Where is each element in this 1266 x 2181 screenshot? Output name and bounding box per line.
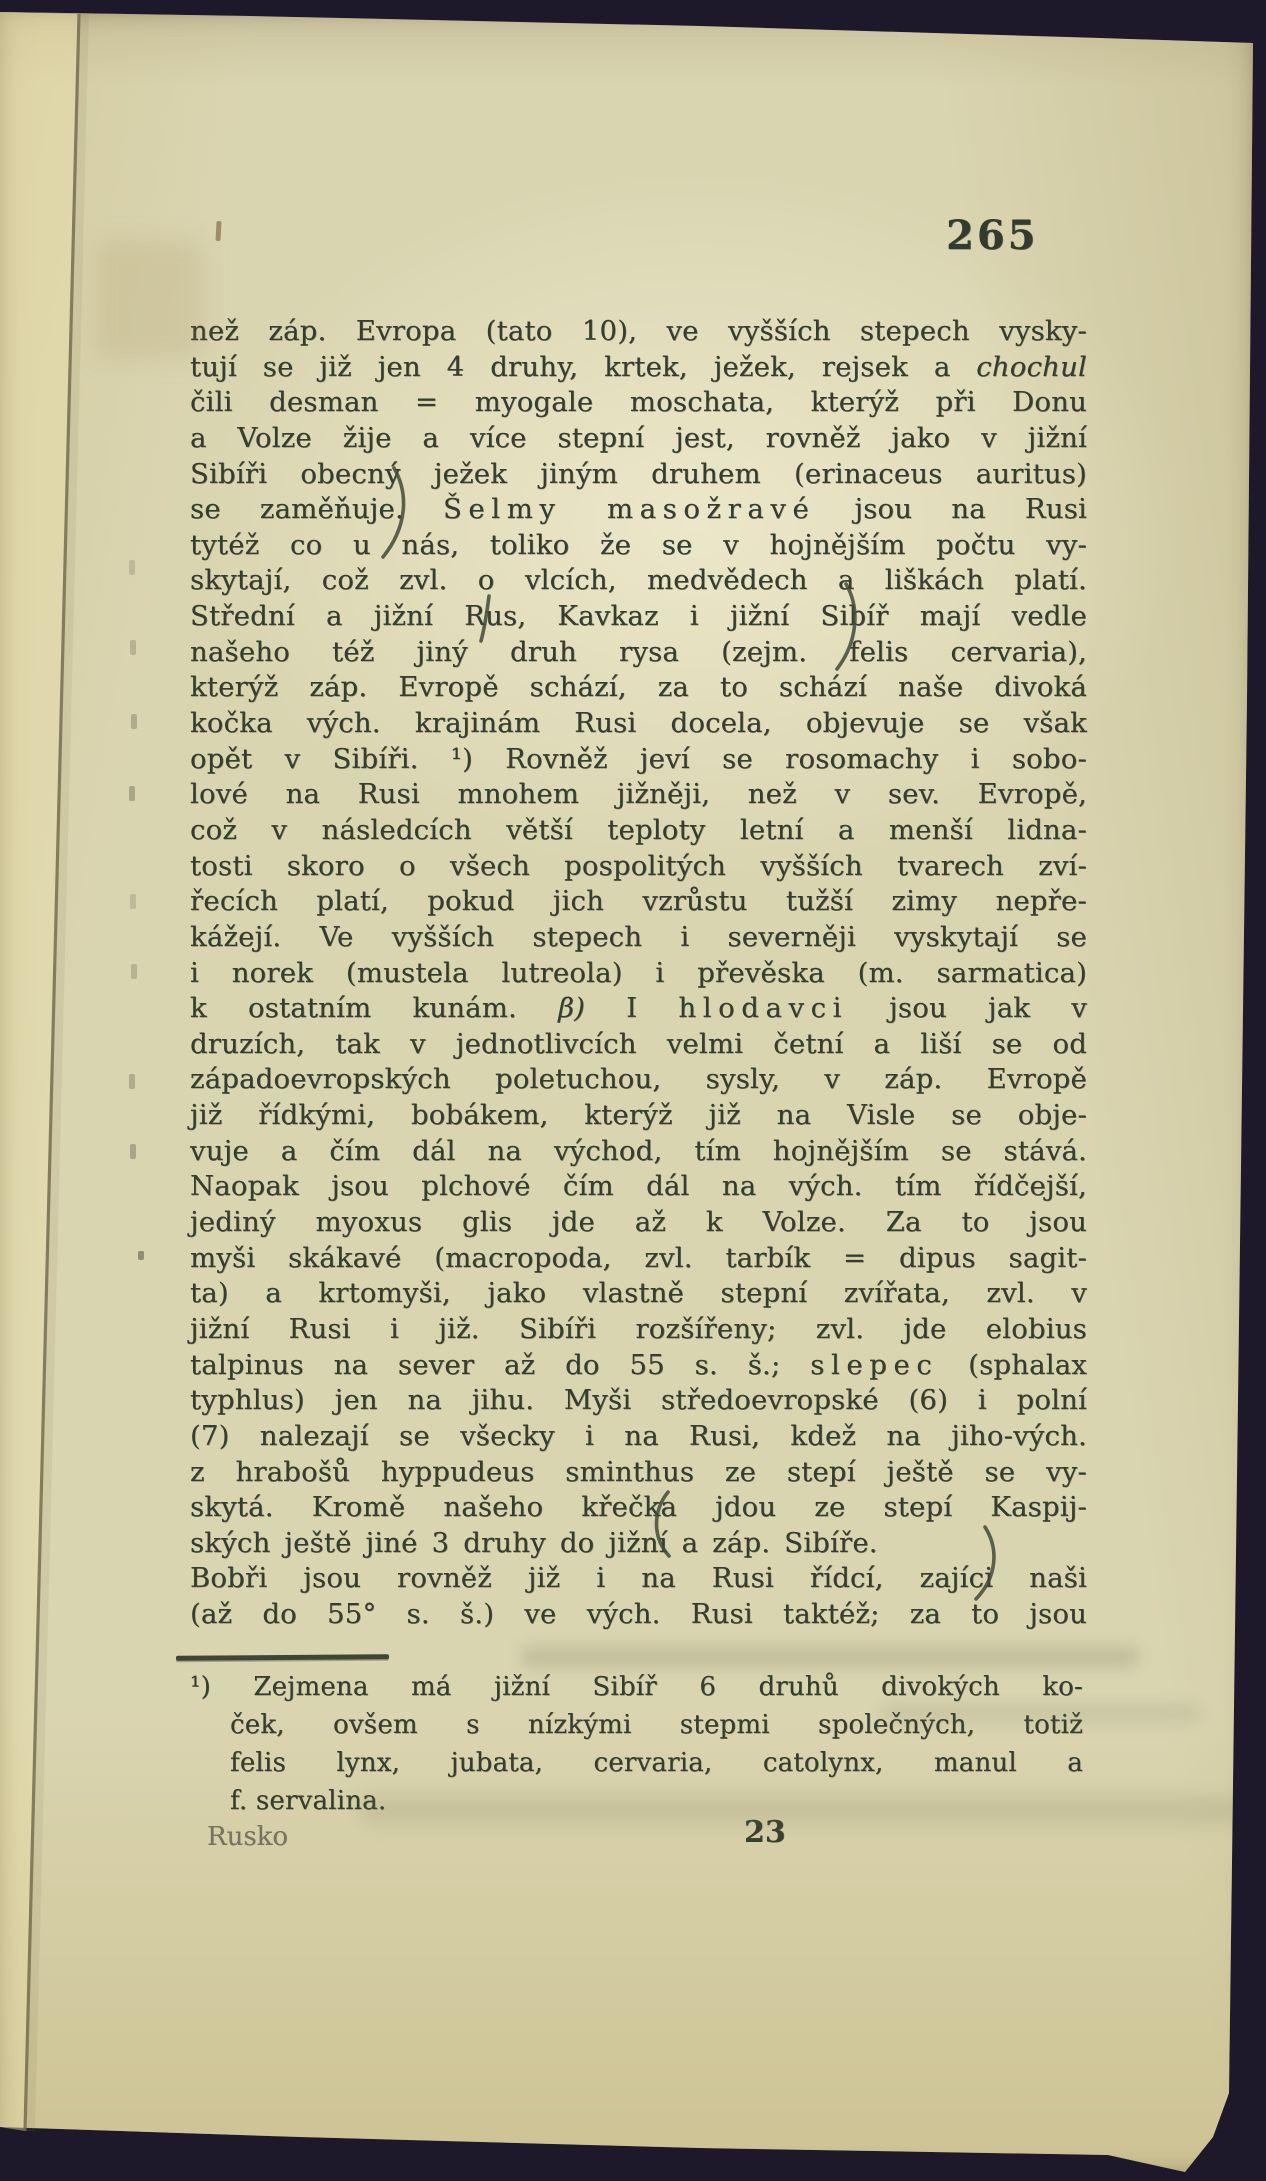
main-text-line: se zaměňuje. Šelmy masožravé jsou na Rus…: [190, 492, 1087, 528]
text-segment: (až do 55° s. š.) ve vých. Rusi taktéž; …: [190, 1598, 1087, 1630]
text-segment: ¹) Zejmena má jižní Sibíř 6 druhů divoký…: [190, 1672, 1083, 1702]
stain: [95, 240, 205, 360]
main-text-line: kočka vých. krajinám Rusi docela, objevu…: [190, 706, 1087, 742]
book-scan: 265 než záp. Evropa (tato 10), ve vyššíc…: [0, 0, 1266, 2181]
text-segment: řecích platí, pokud jich vzrůstu tužší z…: [190, 885, 1087, 917]
text-segment: západoevropských poletuchou, sysly, v zá…: [190, 1063, 1087, 1095]
text-segment: tosti skoro o všech pospolitých vyšších …: [190, 850, 1087, 882]
setoff-dash: [129, 786, 135, 801]
text-segment: i norek (mustela lutreola) i převěska (m…: [190, 957, 1087, 989]
main-text-line: lové na Rusi mnohem jižněji, než v sev. …: [190, 777, 1087, 813]
main-text-line: vuje a čím dál na východ, tím hojnějším …: [190, 1134, 1087, 1170]
text-segment: a Volze žije a více stepní jest, rovněž …: [190, 422, 1087, 454]
text-segment: čili desman = myogale moschata, kterýž p…: [190, 386, 1087, 418]
main-text-line: Střední a jižní Rus, Kavkaz i jižní Sibí…: [190, 599, 1087, 635]
main-text-line: a Volze žije a více stepní jest, rovněž …: [190, 421, 1087, 457]
text-segment: k ostatním kunám.: [190, 992, 558, 1024]
main-text-line: talpinus na sever až do 55 s. š.; slepec…: [190, 1348, 1087, 1384]
stain: [520, 1645, 1140, 1669]
main-text-line: skytají, což zvl. o vlcích, medvědech a …: [190, 563, 1087, 599]
sheet-number: 23: [744, 1815, 786, 1850]
main-text-line: řecích platí, pokud jich vzrůstu tužší z…: [190, 884, 1087, 920]
text-segment: což v následcích větší teploty letní a m…: [190, 814, 1087, 846]
main-text-line: skytá. Kromě našeho křečka jdou ze stepí…: [190, 1490, 1087, 1526]
text-segment: (7) nalezají se všecky i na Rusi, kdež n…: [190, 1420, 1087, 1452]
text-segment: již řídkými, bobákem, kterýž již na Visl…: [190, 1099, 1087, 1131]
main-text-line: k ostatním kunám. β) I hlodavci jsou jak…: [190, 991, 1087, 1027]
setoff-dash: [129, 1074, 135, 1089]
text-segment: skytá. Kromě našeho křečka jdou ze stepí…: [190, 1491, 1087, 1523]
setoff-dash: [131, 714, 137, 729]
text-segment: chochul: [976, 351, 1087, 383]
footnote-divider-rule: [176, 1654, 389, 1660]
footnote-line: ¹) Zejmena má jižní Sibíř 6 druhů divoký…: [190, 1668, 1083, 1706]
main-text-line: než záp. Evropa (tato 10), ve vyšších st…: [190, 314, 1087, 350]
text-segment: jižní Rusi i již. Sibíři rozšířeny; zvl.…: [190, 1313, 1087, 1345]
main-text-block: než záp. Evropa (tato 10), ve vyšších st…: [190, 314, 1087, 1633]
text-segment: se zaměňuje.: [190, 493, 443, 525]
page-number: 265: [946, 212, 1039, 259]
text-segment: opět v Sibíři. ¹) Rovněž jeví se rosomac…: [190, 743, 1087, 775]
text-segment: jsou jak v: [848, 992, 1087, 1024]
text-segment: Sibíři obecný ježek jiným druhem (erinac…: [190, 458, 1087, 490]
main-text-line: kážejí. Ve vyšších stepech i severněji v…: [190, 920, 1087, 956]
main-text-line: tytéž co u nás, toliko že se v hojnějším…: [190, 528, 1087, 564]
text-segment: kážejí. Ve vyšších stepech i severněji v…: [190, 921, 1087, 953]
main-text-line: ta) a krtomyši, jako vlastně stepní zvíř…: [190, 1276, 1087, 1312]
text-segment: Šelmy masožravé: [443, 493, 815, 525]
text-segment: Naopak jsou plchové čím dál na vých. tím…: [190, 1170, 1087, 1202]
text-segment: ta) a krtomyši, jako vlastně stepní zvíř…: [190, 1277, 1087, 1309]
footnote-line: felis lynx, jubata, cervaria, catolynx, …: [190, 1744, 1083, 1782]
text-segment: ských ještě jiné 3 druhy do jižní a záp.…: [190, 1527, 878, 1559]
main-text-line: myši skákavé (macropoda, zvl. tarbík = d…: [190, 1241, 1087, 1277]
main-text-line: ských ještě jiné 3 druhy do jižní a záp.…: [190, 1526, 1087, 1562]
text-segment: našeho též jiný druh rysa (zejm. felis c…: [190, 636, 1087, 668]
text-segment: Bobři jsou rovněž již i na Rusi řídcí, z…: [190, 1562, 1087, 1594]
setoff-dash: [131, 964, 137, 979]
text-segment: slepec: [810, 1349, 938, 1381]
text-segment: β): [558, 992, 585, 1024]
text-segment: ček, ovšem s nízkými stepmi společných, …: [230, 1710, 1083, 1740]
footnote-block: ¹) Zejmena má jižní Sibíř 6 druhů divoký…: [190, 1668, 1083, 1820]
text-segment: Střední a jižní Rus, Kavkaz i jižní Sibí…: [190, 600, 1087, 632]
text-segment: vuje a čím dál na východ, tím hojnějším …: [190, 1135, 1087, 1167]
footnote-line: f. servalina.: [190, 1782, 1083, 1820]
ink-speck: [138, 1251, 144, 1260]
main-text-line: již řídkými, bobákem, kterýž již na Visl…: [190, 1098, 1087, 1134]
main-text-line: Sibíři obecný ježek jiným druhem (erinac…: [190, 457, 1087, 493]
main-text-line: což v následcích větší teploty letní a m…: [190, 813, 1087, 849]
book-page: 265 než záp. Evropa (tato 10), ve vyššíc…: [0, 0, 1266, 2181]
text-segment: kočka vých. krajinám Rusi docela, objevu…: [190, 707, 1087, 739]
text-segment: jediný myoxus glis jde až k Volze. Za to…: [190, 1206, 1087, 1238]
setoff-dash: [130, 1144, 136, 1159]
text-segment: z hrabošů hyppudeus sminthus ze stepí je…: [190, 1456, 1087, 1488]
main-text-line: tují se již jen 4 druhy, krtek, ježek, r…: [190, 350, 1087, 386]
main-text-line: druzích, tak v jednotlivcích velmi četní…: [190, 1027, 1087, 1063]
text-segment: kterýž záp. Evropě schází, za to schází …: [190, 671, 1087, 703]
text-segment: (sphalax: [938, 1349, 1087, 1381]
text-segment: lové na Rusi mnohem jižněji, než v sev. …: [190, 778, 1087, 810]
main-text-line: typhlus) jen na jihu. Myši středoevropsk…: [190, 1383, 1087, 1419]
text-segment: hlodavci: [678, 992, 848, 1024]
main-text-line: z hrabošů hyppudeus sminthus ze stepí je…: [190, 1455, 1087, 1491]
text-segment: typhlus) jen na jihu. Myši středoevropsk…: [190, 1384, 1087, 1416]
main-text-line: čili desman = myogale moschata, kterýž p…: [190, 385, 1087, 421]
setoff-dash: [129, 560, 135, 575]
text-segment: felis lynx, jubata, cervaria, catolynx, …: [230, 1748, 1083, 1778]
text-segment: než záp. Evropa (tato 10), ve vyšších st…: [190, 315, 1087, 347]
main-text-line: jižní Rusi i již. Sibíři rozšířeny; zvl.…: [190, 1312, 1087, 1348]
text-segment: druzích, tak v jednotlivcích velmi četní…: [190, 1028, 1087, 1060]
main-text-line: našeho též jiný druh rysa (zejm. felis c…: [190, 635, 1087, 671]
text-segment: talpinus na sever až do 55 s. š.;: [190, 1349, 810, 1381]
setoff-dash: [130, 640, 136, 655]
text-segment: skytají, což zvl. o vlcích, medvědech a …: [190, 564, 1087, 596]
text-segment: tují se již jen 4 druhy, krtek, ježek, r…: [190, 351, 976, 383]
text-segment: f. servalina.: [230, 1786, 386, 1816]
text-segment: myši skákavé (macropoda, zvl. tarbík = d…: [190, 1242, 1087, 1274]
main-text-line: Naopak jsou plchové čím dál na vých. tím…: [190, 1169, 1087, 1205]
main-text-line: opět v Sibíři. ¹) Rovněž jeví se rosomac…: [190, 742, 1087, 778]
text-segment: tytéž co u nás, toliko že se v hojnějším…: [190, 529, 1087, 561]
main-text-line: i norek (mustela lutreola) i převěska (m…: [190, 956, 1087, 992]
text-segment: jsou na Rusi: [815, 493, 1087, 525]
signature-word: Rusko: [207, 1822, 288, 1852]
main-text-line: západoevropských poletuchou, sysly, v zá…: [190, 1062, 1087, 1098]
ink-speck: [215, 221, 221, 241]
main-text-line: jediný myoxus glis jde až k Volze. Za to…: [190, 1205, 1087, 1241]
main-text-line: tosti skoro o všech pospolitých vyšších …: [190, 849, 1087, 885]
main-text-line: (7) nalezají se všecky i na Rusi, kdež n…: [190, 1419, 1087, 1455]
main-text-line: kterýž záp. Evropě schází, za to schází …: [190, 670, 1087, 706]
footnote-line: ček, ovšem s nízkými stepmi společných, …: [190, 1706, 1083, 1744]
main-text-line: (až do 55° s. š.) ve vých. Rusi taktéž; …: [190, 1597, 1087, 1633]
setoff-dash: [130, 894, 136, 909]
main-text-line: Bobři jsou rovněž již i na Rusi řídcí, z…: [190, 1561, 1087, 1597]
text-segment: I: [585, 992, 678, 1024]
